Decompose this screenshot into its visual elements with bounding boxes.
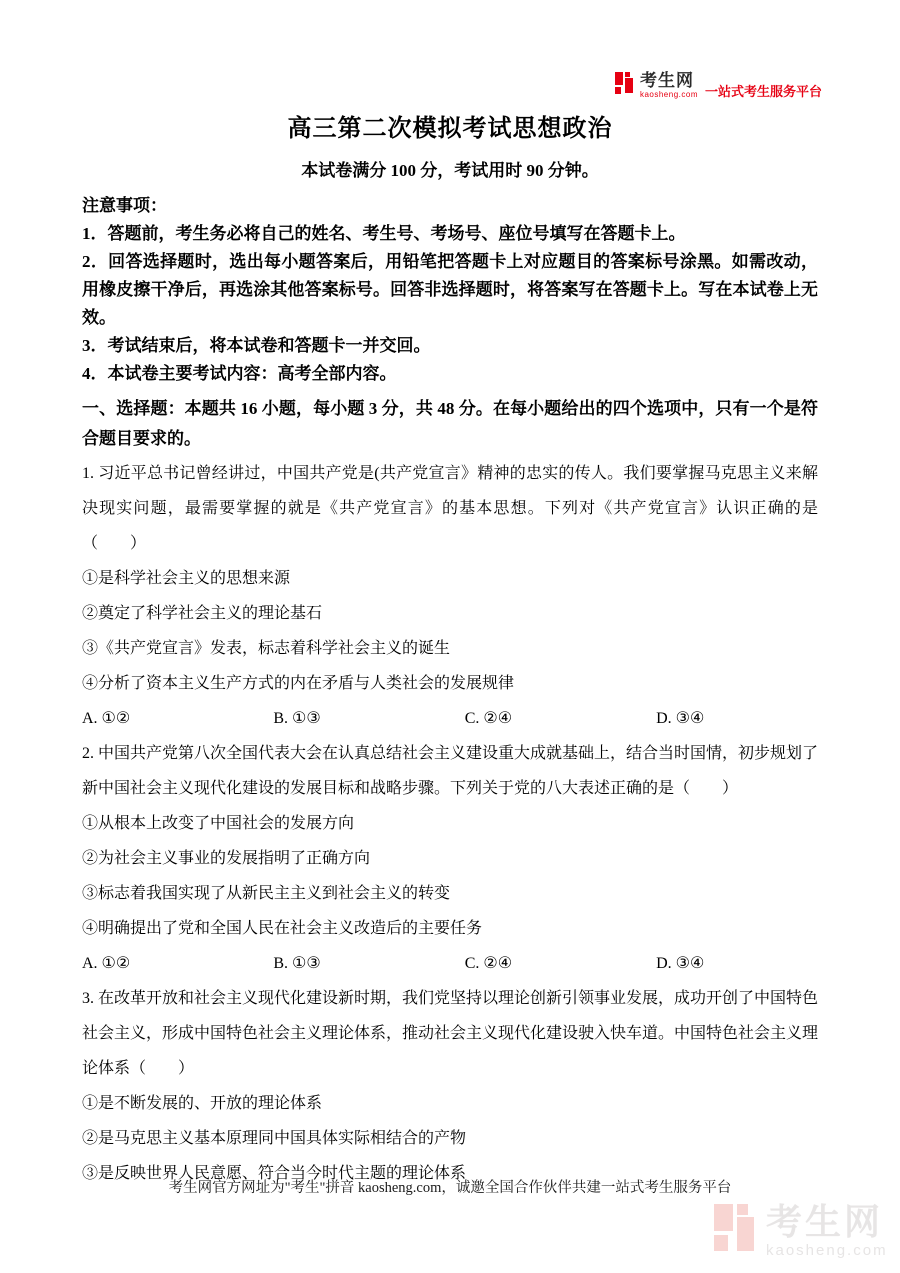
- question-stem: 2. 中国共产党第八次全国代表大会在认真总结社会主义建设重大成就基础上，结合当时…: [82, 736, 818, 806]
- choice-a: A. ①②: [82, 701, 273, 736]
- choice-b: B. ①③: [273, 946, 464, 981]
- exam-subtitle: 本试卷满分 100 分，考试用时 90 分钟。: [0, 156, 900, 181]
- question-2: 2. 中国共产党第八次全国代表大会在认真总结社会主义建设重大成就基础上，结合当时…: [82, 736, 818, 981]
- statement-line: ①从根本上改变了中国社会的发展方向: [82, 806, 818, 841]
- statement-line: ②奠定了科学社会主义的理论基石: [82, 596, 818, 631]
- logo-domain: kaosheng.com: [640, 91, 698, 99]
- statement-line: ②是马克思主义基本原理同中国具体实际相结合的产物: [82, 1121, 818, 1156]
- notice-section: 注意事项： 1．答题前，考生务必将自己的姓名、考生号、考场号、座位号填写在答题卡…: [82, 192, 818, 388]
- statement-line: ③《共产党宣言》发表，标志着科学社会主义的诞生: [82, 631, 818, 666]
- statement-line: ①是科学社会主义的思想来源: [82, 561, 818, 596]
- choice-c: C. ②④: [465, 701, 656, 736]
- header-brand: 考生网 kaosheng.com 一站式考生服务平台: [615, 72, 822, 100]
- statement-line: ②为社会主义事业的发展指明了正确方向: [82, 841, 818, 876]
- notice-item: 4．本试卷主要考试内容：高考全部内容。: [82, 360, 818, 388]
- question-3: 3. 在改革开放和社会主义现代化建设新时期，我们党坚持以理论创新引领事业发展，成…: [82, 981, 818, 1191]
- statement-line: ④分析了资本主义生产方式的内在矛盾与人类社会的发展规律: [82, 666, 818, 701]
- notice-item: 3．考试结束后，将本试卷和答题卡一并交回。: [82, 332, 818, 360]
- statement-line: ③标志着我国实现了从新民主主义到社会主义的转变: [82, 876, 818, 911]
- watermark-text: 考生网 kaosheng.com: [766, 1204, 888, 1258]
- question-stem: 3. 在改革开放和社会主义现代化建设新时期，我们党坚持以理论创新引领事业发展，成…: [82, 981, 818, 1086]
- section-heading: 一、选择题：本题共 16 小题，每小题 3 分，共 48 分。在每小题给出的四个…: [82, 394, 818, 454]
- choice-a: A. ①②: [82, 946, 273, 981]
- footer-note: 考生网官方网址为"考生"拼音 kaosheng.com，诚邀全国合作伙伴共建一站…: [0, 1176, 900, 1197]
- exam-paper-page: 考生网 kaosheng.com 一站式考生服务平台 高三第二次模拟考试思想政治…: [0, 0, 900, 1273]
- question-1: 1. 习近平总书记曾经讲过，中国共产党是(共产党宣言》精神的忠实的传人。我们要掌…: [82, 456, 818, 736]
- notice-item: 1．答题前，考生务必将自己的姓名、考生号、考场号、座位号填写在答题卡上。: [82, 220, 818, 248]
- logo-text: 考生网 kaosheng.com: [640, 72, 698, 99]
- kaosheng-logo-icon: [615, 72, 635, 95]
- exam-content: 注意事项： 1．答题前，考生务必将自己的姓名、考生号、考场号、座位号填写在答题卡…: [82, 192, 818, 1191]
- statement-line: ④明确提出了党和全国人民在社会主义改造后的主要任务: [82, 911, 818, 946]
- notice-heading: 注意事项：: [82, 192, 818, 220]
- choice-c: C. ②④: [465, 946, 656, 981]
- choice-row: A. ①② B. ①③ C. ②④ D. ③④: [82, 701, 818, 736]
- question-stem: 1. 习近平总书记曾经讲过，中国共产党是(共产党宣言》精神的忠实的传人。我们要掌…: [82, 456, 818, 561]
- watermark-name: 考生网: [766, 1204, 888, 1240]
- logo-name: 考生网: [640, 72, 698, 89]
- notice-item: 2．回答选择题时，选出每小题答案后，用铅笔把答题卡上对应题目的答案标号涂黑。如需…: [82, 248, 818, 332]
- choice-d: D. ③④: [656, 701, 818, 736]
- logo-tagline: 一站式考生服务平台: [705, 81, 822, 100]
- choice-row: A. ①② B. ①③ C. ②④ D. ③④: [82, 946, 818, 981]
- watermark-brand: 考生网 kaosheng.com: [714, 1204, 888, 1258]
- choice-d: D. ③④: [656, 946, 818, 981]
- watermark-domain: kaosheng.com: [766, 1243, 888, 1258]
- choice-b: B. ①③: [273, 701, 464, 736]
- kaosheng-watermark-icon: [714, 1204, 755, 1251]
- statement-line: ①是不断发展的、开放的理论体系: [82, 1086, 818, 1121]
